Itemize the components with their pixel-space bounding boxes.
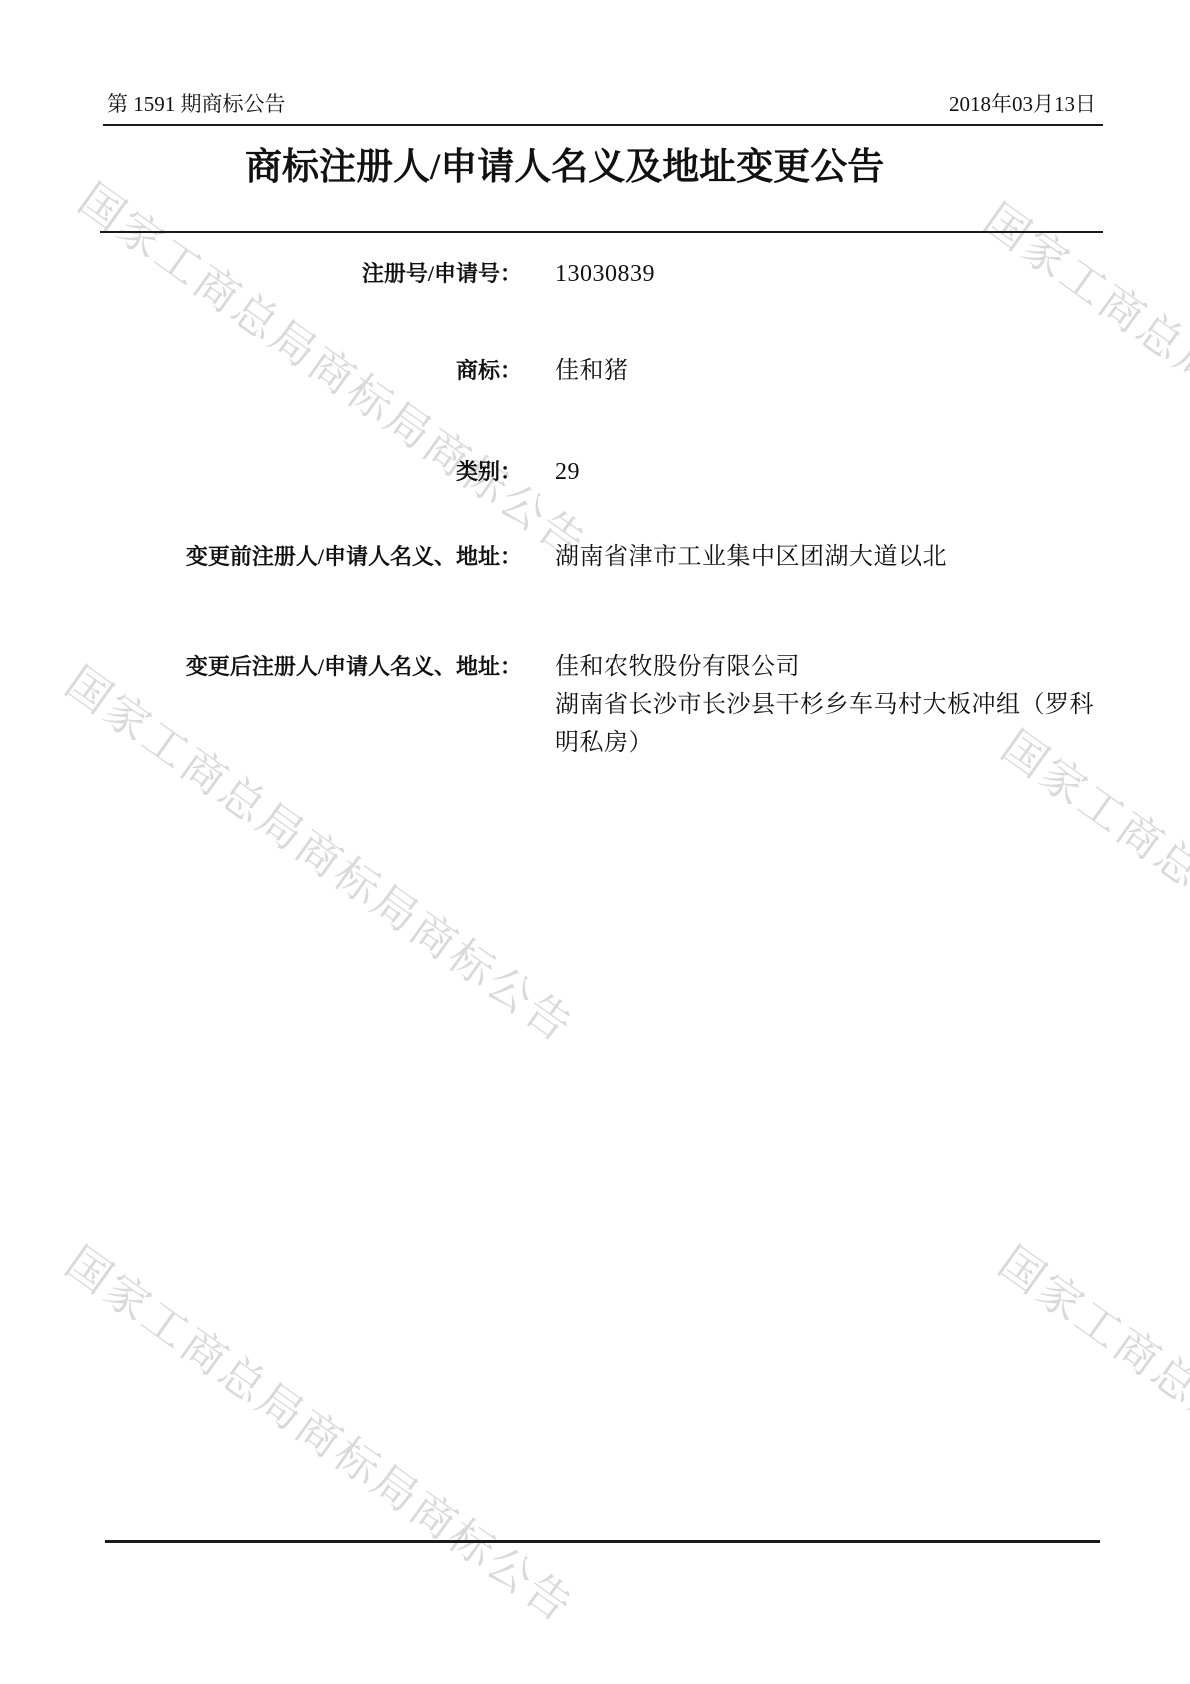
header-divider	[103, 124, 1103, 126]
watermark-text: 国家工商总局商标局商标公告	[55, 1228, 590, 1635]
field-label: 变更前注册人/申请人名义、地址：	[0, 538, 522, 576]
field-label: 类别：	[0, 453, 522, 491]
field-value: 佳和猪	[555, 352, 1100, 390]
field-value-line: 湖南省长沙市长沙县干杉乡车马村大板冲组（罗科	[555, 686, 1100, 724]
field-label: 注册号/申请号：	[0, 255, 522, 293]
gazette-date: 2018年03月13日	[949, 92, 1096, 116]
field-label: 商标：	[0, 352, 522, 390]
watermark-layer: 国家工商总局商标局商标公告 国家工商总局商标局商标公告 国家工商总局商标局商标公…	[0, 0, 1190, 1684]
field-label: 变更后注册人/申请人名义、地址：	[0, 648, 522, 686]
watermark-text: 国家工商总局商标局商标公告	[988, 1228, 1190, 1635]
watermark-text: 国家工商总局商标局商标公告	[991, 712, 1190, 1119]
footer-divider	[105, 1540, 1100, 1543]
title-divider	[100, 231, 1103, 233]
gazette-page: 国家工商总局商标局商标公告 国家工商总局商标局商标公告 国家工商总局商标局商标公…	[0, 0, 1190, 1684]
page-title: 商标注册人/申请人名义及地址变更公告	[245, 147, 884, 189]
field-value-line: 明私房）	[555, 724, 1100, 762]
field-value: 13030839	[555, 255, 1100, 293]
gazette-issue-number: 第 1591 期商标公告	[107, 92, 286, 116]
field-value: 29	[555, 453, 1100, 491]
watermark-text: 国家工商总局商标局商标公告	[55, 648, 590, 1055]
field-value-line: 佳和农牧股份有限公司	[555, 648, 1100, 686]
field-value: 佳和农牧股份有限公司 湖南省长沙市长沙县干杉乡车马村大板冲组（罗科 明私房）	[555, 648, 1100, 762]
field-value: 湖南省津市工业集中区团湖大道以北	[555, 538, 1100, 576]
